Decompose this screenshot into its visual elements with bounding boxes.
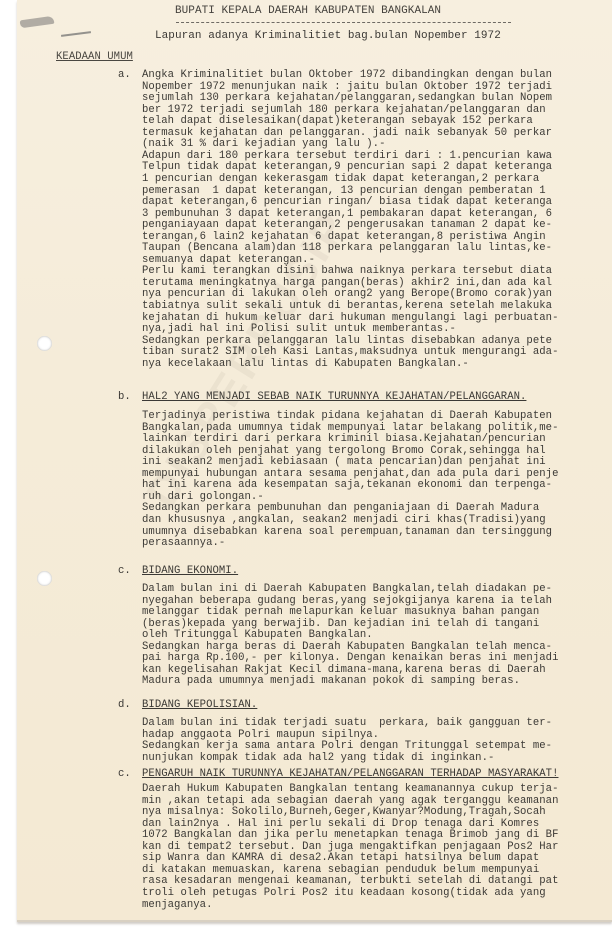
- punch-hole: [37, 336, 52, 351]
- punch-hole: [37, 571, 52, 586]
- section-heading: KEADAAN UMUM: [56, 52, 133, 64]
- item-marker: c.: [118, 566, 131, 578]
- pen-mark: [61, 31, 91, 37]
- item-marker: b.: [118, 392, 131, 404]
- item-heading: BIDANG EKONOMI.: [142, 566, 238, 578]
- item-marker: a.: [118, 70, 131, 82]
- document-header: BUPATI KEPALA DAERAH KABUPATEN BANGKALAN: [175, 6, 441, 18]
- text-line: Terjadinya peristiwa tindak pidana kejah…: [142, 411, 552, 423]
- document-subtitle: Lapuran adanya Kriminalitiet bag.bulan N…: [155, 31, 501, 43]
- item-marker: c.: [118, 769, 131, 781]
- item-heading: HAL2 YANG MENJADI SEBAB NAIK TURUNNYA KE…: [142, 392, 526, 404]
- text-line: troli oleh petugas Polri Pos2 itu keadaa…: [142, 888, 546, 900]
- text-line: nya,jadi hal ini Polisi sulit untuk memb…: [142, 324, 456, 336]
- item-marker: d.: [118, 700, 131, 712]
- text-line: Angka Kriminalitiet bulan Oktober 1972 d…: [142, 70, 552, 82]
- text-line: melanggar tidak pernah melapurkan keluar…: [142, 607, 539, 619]
- text-line: nunjukan kompak tidak ada hal2 yang tida…: [142, 753, 494, 765]
- text-line: Dalam bulan ini di Daerah Kabupaten Bang…: [142, 584, 552, 596]
- text-line: perasaannya.-: [142, 538, 225, 550]
- item-heading: PENGARUH NAIK TURUNNYA KEJAHATAN/PELANGG…: [142, 769, 558, 781]
- text-line: penganiayaan dapat keterangan,2 pengerus…: [142, 220, 552, 232]
- text-line: 1 pencurian dengan kekerasgam tidak dapa…: [142, 174, 539, 186]
- text-line: lainkan terdiri dari perkara kriminil bi…: [142, 434, 546, 446]
- text-line: Dalam bulan ini tidak terjadi suatu perk…: [142, 718, 552, 730]
- text-line: menjaganya.: [142, 900, 212, 912]
- text-line: nya misalnya: Sokolilo,Burneh,Geger,Kwan…: [142, 807, 546, 819]
- text-line: nya kecelakaan lalu lintas di Kabupaten …: [142, 359, 469, 371]
- ink-smudge: [20, 16, 55, 29]
- text-line: tabiatnya sulit sekali untuk di berantas…: [142, 301, 552, 313]
- item-heading: BIDANG KEPOLISIAN.: [142, 700, 257, 712]
- header-rule: [176, 22, 511, 23]
- text-line: Daerah Hukum Kabupaten Bangkalan tentang…: [142, 784, 558, 796]
- text-line: dapat keterangan,6 pencurian ringan/ bia…: [142, 197, 552, 209]
- text-line: dan khususnya ,angkalan, seakan2 menjadi…: [142, 515, 546, 527]
- text-line: sejumlah 130 perkara kejahatan/pelanggar…: [142, 93, 552, 105]
- text-line: Madura pada umumnya menjadi makanan poko…: [142, 676, 520, 688]
- text-line: Sedangkan kerja sama antara Polri dengan…: [142, 741, 552, 753]
